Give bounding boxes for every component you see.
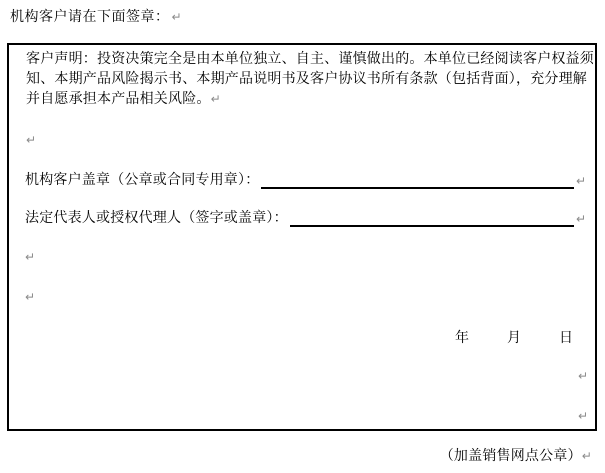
declaration-line-3-text: 并自愿承担本产品相关风险。 [26,92,211,107]
sales-outlet-seal-note-text: （加盖销售网点公章） [440,449,582,464]
paragraph-mark-icon: ↵ [26,134,36,146]
representative-signature-blank-field[interactable] [290,210,574,227]
representative-signature-label: 法定代表人或授权代理人（签字或盖章）： [25,207,288,227]
paragraph-mark-icon: ↵ [172,10,183,24]
signature-instruction-heading: 机构客户请在下面签章：↵ [10,6,182,26]
paragraph-mark-icon: ↵ [25,251,35,263]
paragraph-mark-icon: ↵ [211,92,221,106]
institution-seal-blank-field[interactable] [261,172,574,189]
paragraph-mark-icon: ↵ [578,410,588,422]
paragraph-mark-icon: ↵ [25,291,35,303]
paragraph-mark-icon: ↵ [578,370,588,382]
date-line: 年月日 [455,327,573,347]
heading-text: 机构客户请在下面签章： [10,10,170,25]
date-day-label: 日 [559,331,573,346]
date-month-label: 月 [507,331,521,346]
paragraph-mark-icon: ↵ [576,213,586,225]
declaration-line-1: 客户声明：投资决策完全是由本单位独立、自主、谨慎做出的。本单位已经阅读客户权益须 [26,50,586,70]
declaration-line-2: 知、本期产品风险揭示书、本期产品说明书及客户协议书所有条款（包括背面），充分理解 [26,70,586,90]
client-declaration-paragraph: 客户声明：投资决策完全是由本单位独立、自主、谨慎做出的。本单位已经阅读客户权益须… [26,50,586,110]
document-page: 机构客户请在下面签章：↵ 客户声明：投资决策完全是由本单位独立、自主、谨慎做出的… [0,0,605,473]
date-year-label: 年 [455,331,469,346]
institution-seal-label: 机构客户盖章（公章或合同专用章）： [25,169,259,189]
sales-outlet-seal-note: （加盖销售网点公章）↵ [0,445,592,465]
paragraph-mark-icon: ↵ [576,175,586,187]
institution-seal-row: 机构客户盖章（公章或合同专用章）： ↵ [25,172,586,189]
declaration-line-3: 并自愿承担本产品相关风险。↵ [26,90,586,110]
paragraph-mark-icon: ↵ [582,449,592,463]
representative-signature-row: 法定代表人或授权代理人（签字或盖章）： ↵ [25,210,586,227]
